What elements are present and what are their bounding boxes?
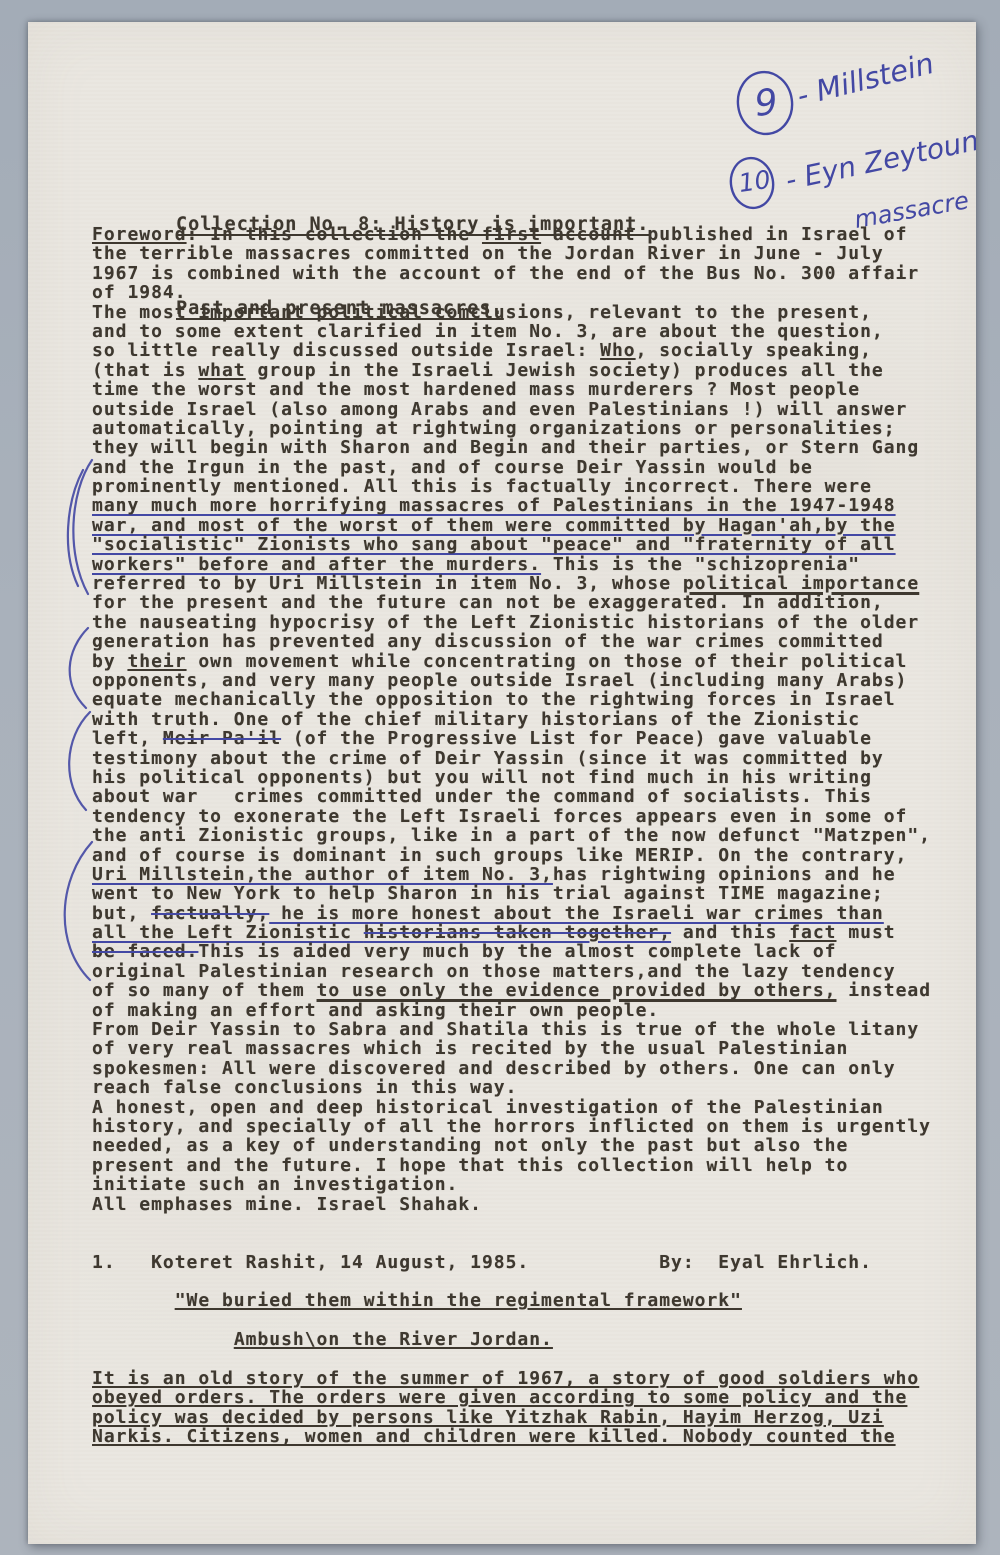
- text-line: 1967 is combined with the account of the…: [92, 264, 931, 283]
- text-line: war, and most of the worst of them were …: [92, 516, 931, 535]
- text-line: the terrible massacres committed on the …: [92, 244, 931, 263]
- text-line: about war crimes committed under the com…: [92, 787, 931, 806]
- text-line: original Palestinian research on those m…: [92, 962, 931, 981]
- text-line: workers" before and after the murders. T…: [92, 555, 931, 574]
- pen-bracket-icon: [69, 712, 90, 810]
- text-line: [92, 1350, 931, 1369]
- circle-9-icon: [734, 69, 796, 138]
- text-line: obeyed orders. The orders were given acc…: [92, 1388, 931, 1407]
- text-line: equate mechanically the opposition to th…: [92, 690, 931, 709]
- text-line: tendency to exonerate the Left Israeli f…: [92, 807, 931, 826]
- text-line: all the Left Zionistic historians taken …: [92, 923, 931, 942]
- text-line: by their own movement while concentratin…: [92, 652, 931, 671]
- text-line: testimony about the crime of Deir Yassin…: [92, 749, 931, 768]
- text-line: and of course is dominant in such groups…: [92, 846, 931, 865]
- text-line: of very real massacres which is recited …: [92, 1039, 931, 1058]
- text-line: policy was decided by persons like Yitzh…: [92, 1408, 931, 1427]
- text-line: left, Meir Pa'il (of the Progressive Lis…: [92, 729, 931, 748]
- text-line: From Deir Yassin to Sabra and Shatila th…: [92, 1020, 931, 1039]
- text-line: of so many of them to use only the evide…: [92, 981, 931, 1000]
- text-line: the anti Zionistic groups, like in a par…: [92, 826, 931, 845]
- text-line: Ambush\on the River Jordan.: [92, 1330, 931, 1349]
- text-line: outside Israel (also among Arabs and eve…: [92, 400, 931, 419]
- text-line: went to New York to help Sharon in his t…: [92, 884, 931, 903]
- text-line: "We buried them within the regimental fr…: [92, 1291, 931, 1310]
- note-10-number: 10: [737, 165, 773, 198]
- text-line: [92, 1272, 931, 1291]
- text-line: It is an old story of the summer of 1967…: [92, 1369, 931, 1388]
- text-line: automatically, pointing at rightwing org…: [92, 419, 931, 438]
- text-line: so little really discussed outside Israe…: [92, 341, 931, 360]
- text-line: All emphases mine. Israel Shahak.: [92, 1195, 931, 1214]
- text-line: Narkis. Citizens, women and children wer…: [92, 1427, 931, 1446]
- text-line: they will begin with Sharon and Begin an…: [92, 438, 931, 457]
- text-line: [92, 1311, 931, 1330]
- pen-bracket-icon: [70, 628, 88, 708]
- text-line: opponents, and very many people outside …: [92, 671, 931, 690]
- text-line: referred to by Uri Millstein in item No.…: [92, 574, 931, 593]
- text-line: but, factually, he is more honest about …: [92, 904, 931, 923]
- text-line: his political opponents) but you will no…: [92, 768, 931, 787]
- text-line: time the worst and the most hardened mas…: [92, 380, 931, 399]
- pen-bracket-icon: [73, 460, 92, 594]
- text-line: be faced.This is aided very much by the …: [92, 942, 931, 961]
- body-text: Foreword: In this collection the first a…: [92, 225, 931, 1447]
- note-9-number: 9: [753, 82, 780, 125]
- text-line: initiate such an investigation.: [92, 1175, 931, 1194]
- pen-bracket-icon: [65, 842, 92, 980]
- text-line: of 1984.: [92, 283, 931, 302]
- text-line: history, and specially of all the horror…: [92, 1117, 931, 1136]
- text-line: and to some extent clarified in item No.…: [92, 322, 931, 341]
- text-line: Foreword: In this collection the first a…: [92, 225, 931, 244]
- text-line: 1. Koteret Rashit, 14 August, 1985. By: …: [92, 1253, 931, 1272]
- note-10-text: - Eyn Zeytoun: [783, 124, 976, 197]
- text-line: spokesmen: All were discovered and descr…: [92, 1059, 931, 1078]
- text-line: [92, 1214, 931, 1233]
- text-line: the nauseating hypocrisy of the Left Zio…: [92, 613, 931, 632]
- text-line: present and the future. I hope that this…: [92, 1156, 931, 1175]
- pen-bracket-icon: [68, 470, 83, 586]
- text-line: generation has prevented any discussion …: [92, 632, 931, 651]
- text-line: needed, as a key of understanding not on…: [92, 1136, 931, 1155]
- text-line: A honest, open and deep historical inves…: [92, 1098, 931, 1117]
- circle-10-icon: [727, 155, 777, 212]
- scanned-document-page: { "colors": { "background": "#a8b0ba", "…: [0, 0, 1000, 1555]
- text-line: [92, 1233, 931, 1252]
- text-line: with truth. One of the chief military hi…: [92, 710, 931, 729]
- text-line: prominently mentioned. All this is factu…: [92, 477, 931, 496]
- text-line: (that is what group in the Israeli Jewis…: [92, 361, 931, 380]
- text-line: Uri Millstein,the author of item No. 3,h…: [92, 865, 931, 884]
- text-line: The most important political comclusions…: [92, 303, 931, 322]
- paper-sheet: Collection No. 8: History is important. …: [28, 22, 976, 1544]
- text-line: of making an effort and asking their own…: [92, 1001, 931, 1020]
- note-9-text: - Millstein: [793, 46, 937, 113]
- text-line: for the present and the future can not b…: [92, 593, 931, 612]
- text-line: many much more horrifying massacres of P…: [92, 496, 931, 515]
- text-line: and the Irgun in the past, and of course…: [92, 458, 931, 477]
- text-line: "socialistic" Zionists who sang about "p…: [92, 535, 931, 554]
- text-line: reach false conclusions in this way.: [92, 1078, 931, 1097]
